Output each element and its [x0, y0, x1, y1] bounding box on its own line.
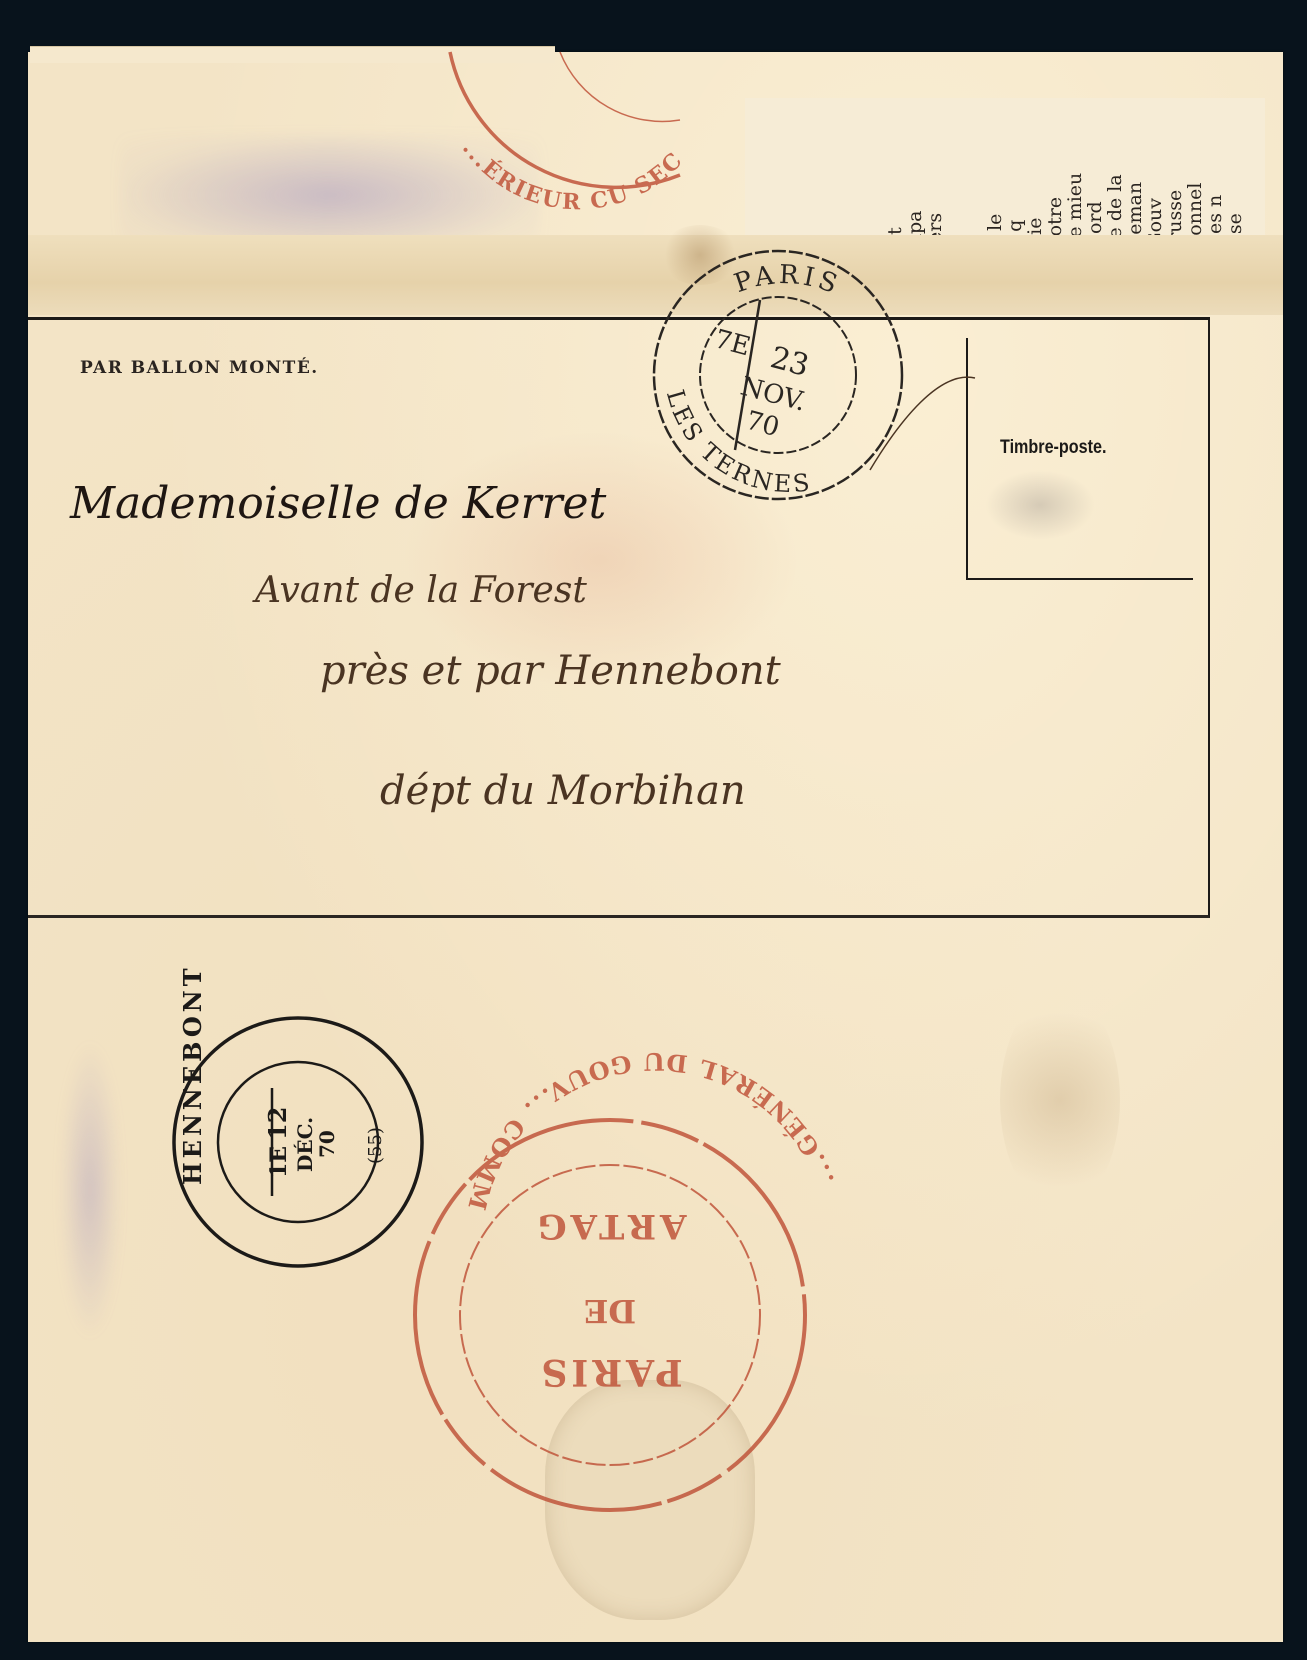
svg-text:12: 12 — [263, 1107, 292, 1140]
pen-flourish — [870, 377, 975, 470]
svg-text:70: 70 — [743, 406, 783, 444]
svg-text:DÉC.: DÉC. — [293, 1117, 317, 1172]
svg-text:23: 23 — [767, 340, 813, 384]
svg-text:...GÉNÉRAL DU GOUV... COMMANDA: ...GÉNÉRAL DU GOUV... COMMANDANT SUP... — [0, 0, 840, 1216]
svg-text:HENNEBONT: HENNEBONT — [178, 964, 207, 1185]
svg-text:70: 70 — [315, 1130, 339, 1158]
arrival-postmark: HENNEBONT 1E 12 DÉC. 70 (55) — [174, 964, 422, 1266]
svg-text:DE: DE — [584, 1292, 636, 1330]
departure-postmark: PARIS LES TERNES 7E 23 NOV. 70 — [654, 251, 902, 499]
postmark-layer: PARIS LES TERNES 7E 23 NOV. 70 HENNEBONT… — [0, 0, 1307, 1660]
svg-text:(55): (55) — [365, 1127, 386, 1164]
svg-text:7E: 7E — [711, 324, 753, 362]
red-receiving-mark: PARIS DE ARTAG ...GÉNÉRAL DU GOUV... COM… — [0, 0, 840, 1510]
svg-text:PARIS: PARIS — [537, 1351, 682, 1393]
svg-text:1E: 1E — [266, 1146, 292, 1178]
svg-text:ARTAG: ARTAG — [534, 1206, 688, 1246]
red-partial-mark: ...ÉRIEUR CU SEC... — [0, 0, 688, 216]
svg-text:PARIS: PARIS — [731, 260, 845, 301]
